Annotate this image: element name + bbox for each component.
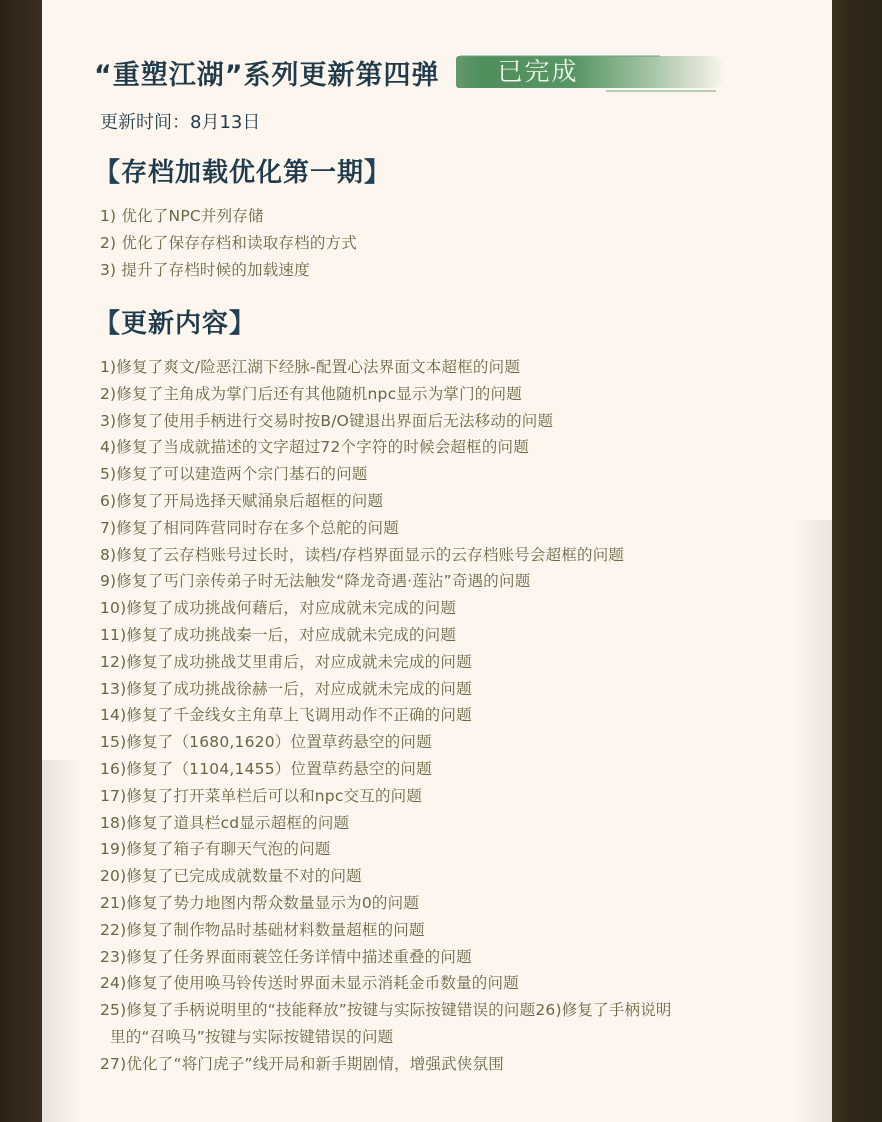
heading-text: 更新内容 [121, 309, 229, 339]
list-item: 1) 优化了NPC并列存储 [100, 203, 357, 230]
list-item: 10)修复了成功挑战何藉后，对应成就未完成的问题 [100, 595, 672, 622]
list-item: 17)修复了打开菜单栏后可以和npc交互的问题 [100, 783, 672, 810]
list-item: 27)优化了“将门虎子”线开局和新手期剧情，增强武侠氛围 [100, 1051, 672, 1078]
update-content-list: 1)修复了爽文/险恶江湖下经脉-配置心法界面文本超框的问题 2)修复了主角成为掌… [100, 354, 672, 1078]
list-item: 24)修复了使用唤马铃传送时界面未显示消耗金币数量的问题 [100, 970, 672, 997]
section-heading-save-optimization: 【存档加载优化第一期】 [94, 152, 391, 189]
list-item: 14)修复了千金线女主角草上飞调用动作不正确的问题 [100, 702, 672, 729]
heading-text: 存档加载优化第一期 [121, 158, 364, 188]
bracket-open: 【 [94, 158, 121, 188]
save-optimization-list: 1) 优化了NPC并列存储 2) 优化了保存存档和读取存档的方式 3) 提升了存… [100, 203, 357, 284]
list-item: 1)修复了爽文/险恶江湖下经脉-配置心法界面文本超框的问题 [100, 354, 672, 381]
list-item: 6)修复了开局选择天赋涌泉后超框的问题 [100, 488, 672, 515]
list-item: 20)修复了已完成成就数量不对的问题 [100, 863, 672, 890]
list-item: 19)修复了箱子有聊天气泡的问题 [100, 836, 672, 863]
list-item: 16)修复了（1104,1455）位置草药悬空的问题 [100, 756, 672, 783]
bracket-close: 】 [364, 158, 391, 188]
list-item: 18)修复了道具栏cd显示超框的问题 [100, 810, 672, 837]
list-item: 15)修复了（1680,1620）位置草药悬空的问题 [100, 729, 672, 756]
list-item: 23)修复了任务界面雨蓑笠任务详情中描述重叠的问题 [100, 944, 672, 971]
list-item: 22)修复了制作物品时基础材料数量超框的问题 [100, 917, 672, 944]
page-title: “重塑江湖”系列更新第四弹 [94, 53, 440, 92]
patch-notes-panel: “重塑江湖”系列更新第四弹 已完成 更新时间：8月13日 【存档加载优化第一期】… [42, 0, 832, 1122]
list-item: 3) 提升了存档时候的加载速度 [100, 257, 357, 284]
title-row: “重塑江湖”系列更新第四弹 已完成 [94, 52, 726, 92]
list-item: 2) 优化了保存存档和读取存档的方式 [100, 230, 357, 257]
wrapped-text: 里的“召唤马”按键与实际按键错误的问题 [100, 1024, 672, 1051]
list-item: 2)修复了主角成为掌门后还有其他随机npc显示为掌门的问题 [100, 381, 672, 408]
bracket-close: 】 [229, 309, 256, 339]
list-item: 12)修复了成功挑战艾里甫后，对应成就未完成的问题 [100, 649, 672, 676]
section-heading-update-content: 【更新内容】 [94, 303, 256, 340]
list-item: 4)修复了当成就描述的文字超过72个字符的时候会超框的问题 [100, 434, 672, 461]
list-item: 3)修复了使用手柄进行交易时按B/O键退出界面后无法移动的问题 [100, 408, 672, 435]
status-badge: 已完成 [456, 52, 726, 92]
list-item: 21)修复了势力地图内帮众数量显示为0的问题 [100, 890, 672, 917]
update-time: 更新时间：8月13日 [100, 108, 260, 134]
left-border [0, 0, 42, 1122]
brush-stroke-icon [456, 56, 726, 88]
right-border [832, 0, 882, 1122]
list-item: 25)修复了手柄说明里的“技能释放”按键与实际按键错误的问题26)修复了手柄说明 [100, 997, 672, 1024]
status-label: 已完成 [498, 54, 579, 90]
brush-streak [606, 90, 716, 92]
list-item: 9)修复了丐门亲传弟子时无法触发“降龙奇遇·莲沾”奇遇的问题 [100, 568, 672, 595]
list-item: 11)修复了成功挑战秦一后，对应成就未完成的问题 [100, 622, 672, 649]
list-item: 13)修复了成功挑战徐赫一后，对应成就未完成的问题 [100, 676, 672, 703]
bracket-open: 【 [94, 309, 121, 339]
list-item: 8)修复了云存档账号过长时，读档/存档界面显示的云存档账号会超框的问题 [100, 542, 672, 569]
list-item-continuation: 里的“召唤马”按键与实际按键错误的问题 [100, 1024, 672, 1051]
list-item: 7)修复了相同阵营同时存在多个总舵的问题 [100, 515, 672, 542]
list-item: 5)修复了可以建造两个宗门基石的问题 [100, 461, 672, 488]
